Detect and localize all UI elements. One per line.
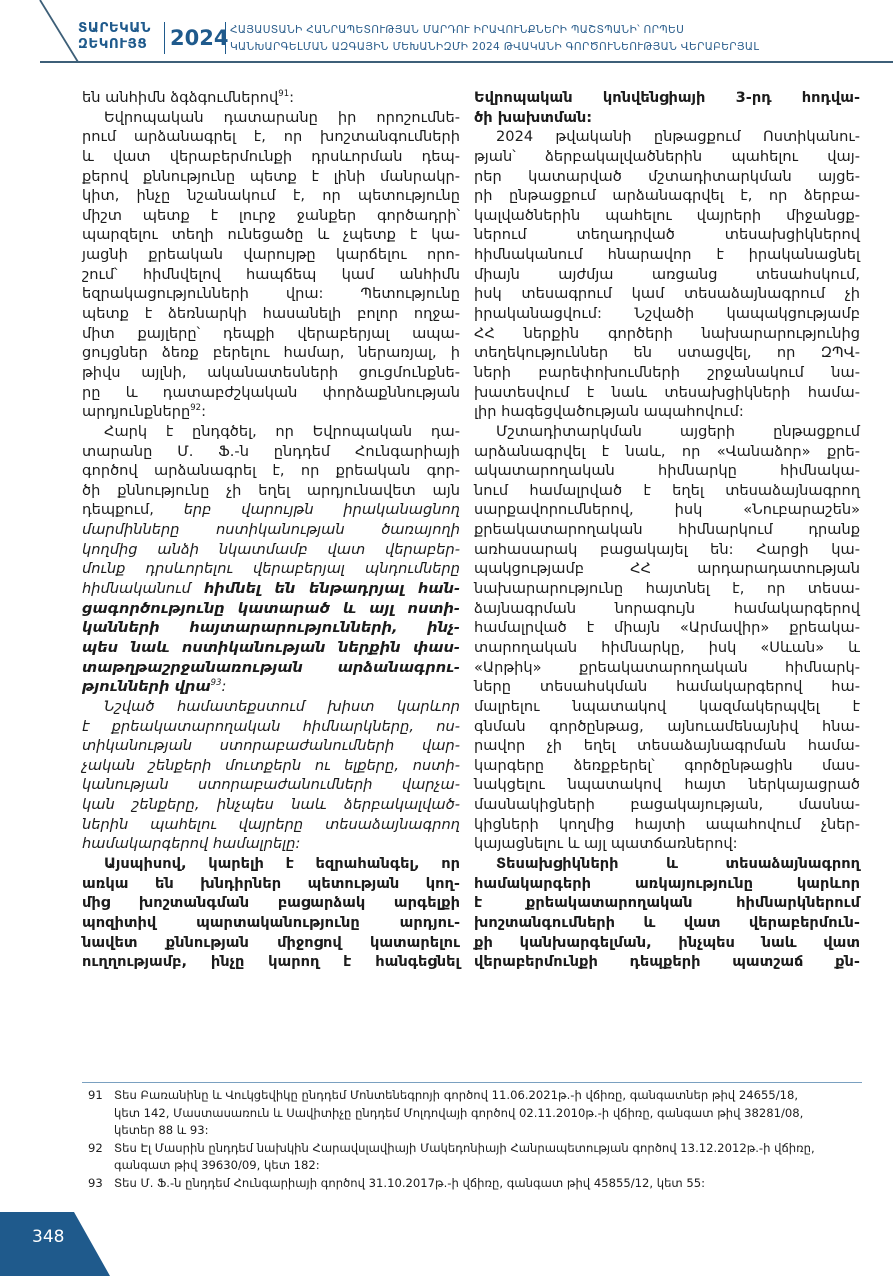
paragraph-start: Եվրոպական դատարանը իր որոշումնե- xyxy=(82,108,460,128)
text-line: քերով քննությունը պետք է լինի մանրակր- xyxy=(82,167,460,187)
body-column-left: են անհիմն ձգձգումներով91: Եվրոպական դատա… xyxy=(82,88,460,972)
text-line: րեր կատարված մշտադիտարկման այցե- xyxy=(474,167,860,187)
text-line: գնման գործընթաց, այնուամենայնիվ հնա- xyxy=(474,717,860,737)
bold-italic-text: հիմնել են ենթադրյալ հան- xyxy=(204,580,460,597)
footnote-text-line: կետեր 88 և 93: xyxy=(114,1122,868,1140)
footnote-text-line: Տես Էլ Մասրին ընդդեմ նախկին Հարավսլավիայ… xyxy=(114,1140,868,1158)
bold-italic-line: տաթղթաշրջանառության արձանագրու- xyxy=(82,658,460,678)
bold-italic-line: ցագործությունը կատարած և այլ ոստի- xyxy=(82,599,460,619)
italic-text: երբ վարույթն իրականացնող xyxy=(184,501,460,518)
report-title-line-1: ՀԱՅԱՍՏԱՆԻ ՀԱՆՐԱՊԵՏՈՒԹՅԱՆ ՄԱՐԴՈՒ ԻՐԱՎՈՒՆՔ… xyxy=(230,22,759,39)
footnote-text-line: գանգատ թիվ 39630/09, կետ 182: xyxy=(114,1157,868,1175)
body-column-right: Եվրոպական կոնվենցիայի 3-րդ հոդվա- ծի խախ… xyxy=(474,88,860,972)
text-line: մալրելու նպատակով կազմակերպվել է xyxy=(474,697,860,717)
bold-italic-line: պես նաև ոստիկանության ներքին փաս- xyxy=(82,638,460,658)
italic-line: մարմինները ոստիկանության ծառայողի xyxy=(82,520,460,540)
paragraph-start-italic: Նշված համատեքստում խիստ կարևոր xyxy=(82,697,460,717)
running-header: ՏԱՐԵԿԱՆ ԶԵԿՈՒՅՑ 2024 ՀԱՅԱՍՏԱՆԻ ՀԱՆՐԱՊԵՏՈ… xyxy=(0,0,893,66)
text-line: քրեակատարողական հիմնարկում դրանք xyxy=(474,520,860,540)
text-line: ակատարողական հիմնարկը հիմնակա- xyxy=(474,461,860,481)
paragraph-start-bold: Տեսախցիկների և տեսաձայնագրող xyxy=(474,854,860,874)
header-divider xyxy=(225,22,226,54)
text-line: շում՝ հիմնվելով հապճեպ կամ անհիմն xyxy=(82,265,460,285)
text-line: հիմնականում հնարավոր է իրականացնել xyxy=(474,245,860,265)
text-line: ՀՀ ներքին գործերի նախարարությունից xyxy=(474,324,860,344)
text-line: գործով արձանագրել է, որ քրեական գոր- xyxy=(82,461,460,481)
text-line: պակցությամբ ՀՀ արդարադատության xyxy=(474,559,860,579)
footnote-text-line: Տես Մ. Ֆ.-ն ընդդեմ Հունգարիայի գործով 31… xyxy=(114,1175,868,1193)
text-line: ցույցներ ձեռք բերելու համար, ներառյալ, ի xyxy=(82,343,460,363)
italic-line: ներին պահելու վայրերը տեսաձայնագրող xyxy=(82,815,460,835)
brand-line-1: ՏԱՐԵԿԱՆ xyxy=(78,20,166,36)
bold-italic-line: թյունների վրա93: xyxy=(82,677,460,697)
text-line: նախարարությունը հայտնել է, որ տեսա- xyxy=(474,579,860,599)
text-line: ձայնագրման նորագույն համակարգերով xyxy=(474,599,860,619)
text-line: «Արթիկ» քրեակատարողական հիմնարկ- xyxy=(474,658,860,678)
text-line: եզրակացությունների վրա: Պետությունը xyxy=(82,284,460,304)
bold-line: խոշտանգումների և վատ վերաբերմուն- xyxy=(474,913,860,933)
italic-line: կանության ստորաբաժանումների վարչա- xyxy=(82,775,460,795)
text-line: միտ քայլերը՝ դեպքի վերաբերյալ ապա- xyxy=(82,324,460,344)
text-line: լիր հագեցվածության ապահովում: xyxy=(474,402,860,422)
italic-line: համակարգերով համալրելը: xyxy=(82,834,460,854)
bold-line: նավետ քննության միջոցով կատարելու xyxy=(82,933,460,953)
text-line: առհասարակ բացակայել են: Հարցի կա- xyxy=(474,540,860,560)
footnote-text-line: Տես Բառանինը և Վուկցեվիկը ընդդեմ Մոնտենե… xyxy=(114,1087,868,1105)
text-line: րավոր չի եղել տեսաձայնագրման համա- xyxy=(474,736,860,756)
text-line: և վատ վերաբերմունքի դրսևորման դեպ- xyxy=(82,147,460,167)
text-line: նակցելու նպատակով հայտ ներկայացրած xyxy=(474,775,860,795)
text-line: նում համալրված է եղել տեսաձայնագրող xyxy=(474,481,860,501)
header-divider xyxy=(164,22,165,54)
footnote-92: 92 Տես Էլ Մասրին ընդդեմ նախկին Հարավսլավ… xyxy=(88,1140,868,1175)
footnote-ref-93[interactable]: 93 xyxy=(211,678,222,688)
text-line: իսկ տեսագրում կամ տեսաձայնագրում չի xyxy=(474,284,860,304)
bold-line: է քրեակատարողական հիմնարկներում xyxy=(474,893,860,913)
text-line: ներում տեղադրված տեսախցիկներով xyxy=(474,225,860,245)
text-line: կայացնելու և այլ պատճառներով: xyxy=(474,834,860,854)
text-line: յացնի քրեական վարույթը կարճելու որո- xyxy=(82,245,460,265)
report-brand: ՏԱՐԵԿԱՆ ԶԵԿՈՒՅՑ xyxy=(78,20,166,52)
text-line: րի ընթացքում արձանագրվել է, որ ձերբա- xyxy=(474,186,860,206)
italic-line: չական շենքերի մուտքերն ու ելքերը, ոստի- xyxy=(82,756,460,776)
text-line: արդյունքները92: xyxy=(82,402,460,422)
report-title: ՀԱՅԱՍՏԱՆԻ ՀԱՆՐԱՊԵՏՈՒԹՅԱՆ ՄԱՐԴՈՒ ԻՐԱՎՈՒՆՔ… xyxy=(230,22,759,56)
bold-line: վերաբերմունքի դեպքերի պատշաճ քն- xyxy=(474,952,860,972)
text-line: թիվս այլնի, ականատեսների ցուցմունքնե- xyxy=(82,363,460,383)
bold-line: մից խոշտանգման բացարձակ արգելքի xyxy=(82,893,460,913)
text-line: համալրված է միայն «Արմավիր» քրեակա- xyxy=(474,618,860,638)
paragraph-start: Հարկ է ընդգծել, որ Եվրոպական դա- xyxy=(82,422,460,442)
footnote-91: 91 Տես Բառանինը և Վուկցեվիկը ընդդեմ Մոնտ… xyxy=(88,1087,868,1140)
text-line: ների բարեփոխումների շրջանակում նա- xyxy=(474,363,860,383)
text-line: կիտ, ինչը նշանակում է, որ պետությունը xyxy=(82,186,460,206)
footnote-93: 93 Տես Մ. Ֆ.-ն ընդդեմ Հունգարիայի գործով… xyxy=(88,1175,868,1193)
text-line: տարողական հիմնարկը, իսկ «Սևան» և xyxy=(474,638,860,658)
bold-line: ծի խախտման: xyxy=(474,108,860,128)
bold-line: առկա են խնդիրներ պետության կող- xyxy=(82,874,460,894)
italic-line: մունք դրսևորելու վերաբերյալ պնդումները xyxy=(82,559,460,579)
footnote-ref-91[interactable]: 91 xyxy=(278,89,289,99)
text-line: միայն այժմյա առցանց տեսահսկում, xyxy=(474,265,860,285)
footnote-separator xyxy=(82,1082,862,1083)
footnote-number: 91 xyxy=(88,1087,103,1105)
italic-line: հիմնականում հիմնել են ենթադրյալ հան- xyxy=(82,579,460,599)
paragraph-start-bold: Այսպիսով, կարելի է եզրահանգել, որ xyxy=(82,854,460,874)
brand-line-2: ԶԵԿՈՒՅՑ xyxy=(78,36,166,52)
text-line: րում արձանագրել է, որ խոշտանգումների xyxy=(82,127,460,147)
bold-italic-line: կանների հայտարարությունների, ինչ- xyxy=(82,618,460,638)
bold-line: քի կանխարգելման, ինչպես նաև վատ xyxy=(474,933,860,953)
text-line: տարանը Մ. Ֆ.-ն ընդդեմ Հունգարիայի xyxy=(82,442,460,462)
text-line: պարզելու տեղի ունեցածը և չպետք է կա- xyxy=(82,225,460,245)
text-line: մասնակիցների բացակայության, մասնա- xyxy=(474,795,860,815)
italic-line: տիկանության ստորաբաժանումների վար- xyxy=(82,736,460,756)
report-title-line-2: ԿԱՆԽԱՐԳԵԼՄԱՆ ԱԶԳԱՅԻՆ ՄԵԽԱՆԻԶՄԻ 2024 ԹՎԱԿ… xyxy=(230,39,759,56)
italic-line: կողմից անձի նկատմամբ վատ վերաբեր- xyxy=(82,540,460,560)
text-line: դեպքում, երբ վարույթն իրականացնող xyxy=(82,500,460,520)
bold-line: ուղղությամբ, ինչը կարող է հանգեցնել xyxy=(82,952,460,972)
text-line: պետք է ձեռնարկի հասանելի բոլոր ողջա- xyxy=(82,304,460,324)
text-line: րը և դատաբժշկական փորձաքննության xyxy=(82,383,460,403)
footnote-number: 93 xyxy=(88,1175,103,1193)
text-line: են անհիմն ձգձգումներով91: xyxy=(82,88,460,108)
paragraph-start: 2024 թվականի ընթացքում Ոստիկանու- xyxy=(474,127,860,147)
text-line: թյան՝ ձերբակալվածներին պահելու վայ- xyxy=(474,147,860,167)
text-line: խատեսվում է նաև տեսախցիկների համա- xyxy=(474,383,860,403)
bold-line: Եվրոպական կոնվենցիայի 3-րդ հոդվա- xyxy=(474,88,860,108)
footnote-text-line: կետ 142, Մաստասառուն և Սավիտիչը ընդդեմ Մ… xyxy=(114,1105,868,1123)
text-line: միշտ պետք է լուրջ ջանքեր գործադրի՝ xyxy=(82,206,460,226)
text-line: սարքավորումներով, իսկ «Նուբարաշեն» xyxy=(474,500,860,520)
header-rule xyxy=(40,61,893,63)
bold-line: պոզիտիվ պարտականությունը արդյու- xyxy=(82,913,460,933)
page-number: 348 xyxy=(32,1227,64,1247)
footnotes: 91 Տես Բառանինը և Վուկցեվիկը ընդդեմ Մոնտ… xyxy=(88,1087,868,1192)
text-line: իրականացվում: Նշվածի կապակցությամբ xyxy=(474,304,860,324)
italic-line: է քրեակատարողական հիմնարկները, ոս- xyxy=(82,717,460,737)
text-line: կիցների կողմից հայտի ապահովում չներ- xyxy=(474,815,860,835)
report-year: 2024 xyxy=(170,25,228,51)
text-line: կալվածներին պահելու վայրերի միջանցք- xyxy=(474,206,860,226)
footnote-number: 92 xyxy=(88,1140,103,1158)
bold-line: համակարգերի առկայությունը կարևոր xyxy=(474,874,860,894)
paragraph-start: Մշտադիտարկման այցերի ընթացքում xyxy=(474,422,860,442)
text-line: արձանագրվել է նաև, որ «Վանաձոր» քրե- xyxy=(474,442,860,462)
text-line: տեղեկություններ են ստացվել, որ ԶՊՎ- xyxy=(474,343,860,363)
italic-line: կան շենքերը, ինչպես նաև ձերբակալված- xyxy=(82,795,460,815)
text-line: ծի քննությունը չի եղել արդյունավետ այն xyxy=(82,481,460,501)
footnote-ref-92[interactable]: 92 xyxy=(190,403,201,413)
text-line: ները տեսահսկման համակարգերով հա- xyxy=(474,677,860,697)
text-line: կարգերը ձեռքբերել՝ գործընթացին մաս- xyxy=(474,756,860,776)
